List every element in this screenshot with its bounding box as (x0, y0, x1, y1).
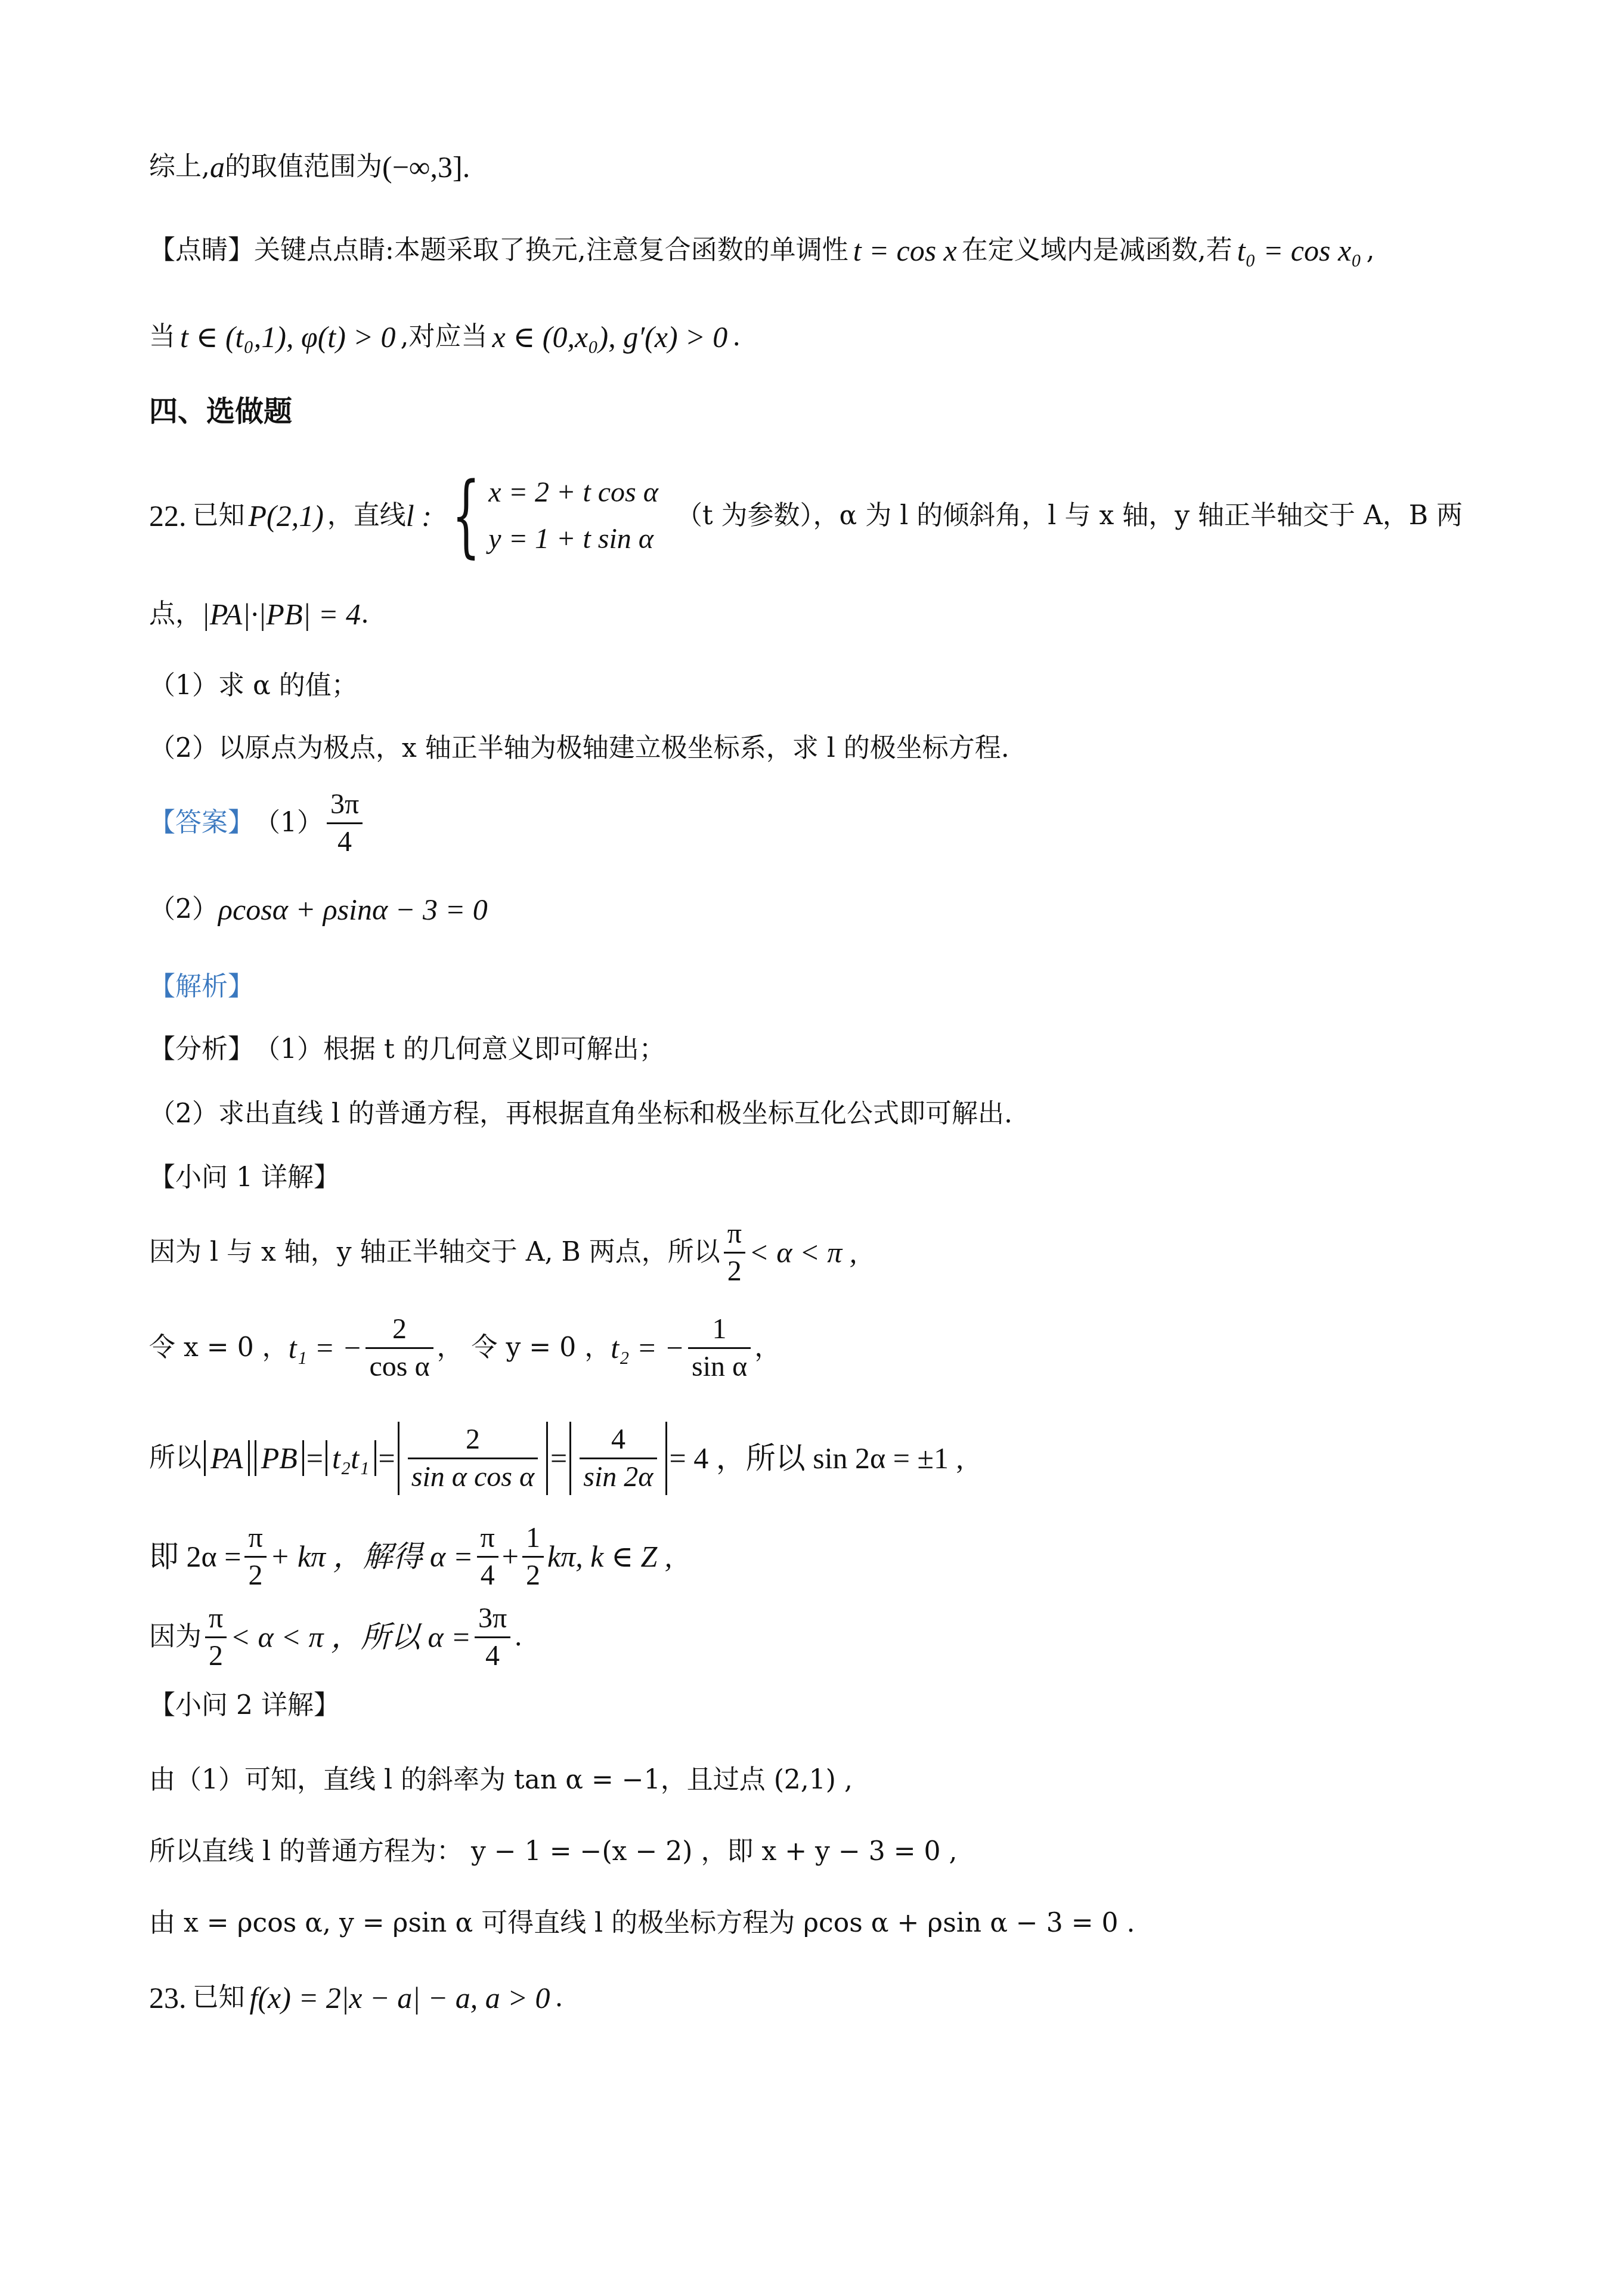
sub1-l3-a: 所以 (149, 1440, 202, 1476)
sub2-label: 【小问 2 详解】 (149, 1688, 340, 1723)
answer-part2-formula: ρcosα + ρsinα − 3 = 0 (218, 892, 488, 927)
analysis-label: 【解析】 (149, 969, 254, 1005)
equation-y: y = 1 + t sin α (488, 516, 658, 562)
sub2-line-3: 由 x = ρcos α, y = ρsin α 可得直线 l 的极坐标方程为 … (149, 1905, 1135, 1941)
sub2-line-2: 所以直线 l 的普通方程为： y − 1 = −(x − 2) ，即 x + y… (149, 1834, 958, 1870)
q22-text-2: ，直线 (327, 498, 406, 534)
sub1-l2-t1: t₁ = − (289, 1330, 363, 1366)
hint-formula-2: t₀ = cos x₀ (1237, 233, 1362, 268)
equation-x: x = 2 + t cos α (488, 469, 658, 516)
sub1-line-2: 令 x = 0 ， t₁ = − 2cos α ， 令 y = 0 ， t₂ =… (149, 1309, 780, 1387)
answer-line-1: 【答案】 （1） 3π 4 (149, 784, 366, 862)
sub1-l2-end: ， (754, 1330, 780, 1366)
q22-line-name: l : (406, 498, 432, 534)
sub1-line-3: 所以 PA PB = t₂t₁ = 2sin α cos α = 4sin 2α… (149, 1416, 964, 1500)
summary-mid: 的取值范围为 (225, 149, 382, 185)
answer-line-2: （2） ρcosα + ρsinα − 3 = 0 (149, 892, 488, 927)
q22-line-1: 22. 已知 P(2,1) ，直线 l : { x = 2 + t cos α … (149, 477, 1463, 555)
answer-part1-fraction: 3π 4 (327, 787, 363, 860)
sub1-line-1: 因为 l 与 x 轴，y 轴正半轴交于 A, B 两点，所以 π2 < α < … (149, 1214, 857, 1291)
abs-frac-1: 2sin α cos α (398, 1422, 548, 1495)
hint-text-3: , (1367, 233, 1375, 268)
hint-text-2: 在定义域内是减函数,若 (962, 233, 1232, 268)
sub2-line-1: 由（1）可知，直线 l 的斜率为 tan α = −1，且过点 (2,1) , (149, 1762, 853, 1798)
hint-line2-end: . (732, 319, 741, 355)
q22-line-2: 点， |PA|·|PB| = 4 . (149, 596, 369, 632)
hint-text-1: 关键点点睛:本题采取了换元,注意复合函数的单调性 (254, 233, 848, 268)
q22-line2-text: 点， (149, 596, 202, 632)
sub1-l4-b: + kπ ，解得 α = (270, 1539, 473, 1574)
q22-line2-formula: |PA|·|PB| = 4 (202, 596, 361, 632)
answer-part2-prefix: （2） (149, 892, 218, 927)
q23-text: 已知 (193, 1980, 245, 2016)
q22-text-1: 已知 (193, 498, 245, 534)
hint-line2-formula-2: x ∈ (0,x₀), g′(x) > 0 (493, 319, 728, 355)
sub1-l4-tail: kπ, k ∈ Z , (547, 1539, 672, 1574)
q23-number: 23. (149, 1980, 187, 2016)
hint-line2-mid: ,对应当 (401, 319, 488, 355)
sub1-l1-text: 因为 l 与 x 轴，y 轴正半轴交于 A, B 两点，所以 (149, 1234, 720, 1270)
sub1-l2-b: ， 令 y = 0 ， (437, 1330, 611, 1366)
sub1-line-4: 即 2α = π2 + kπ ，解得 α = π4 + 12 kπ, k ∈ Z… (149, 1518, 672, 1595)
summary-var: a (210, 149, 225, 185)
summary-prefix: 综上, (149, 149, 210, 185)
answer-part1-prefix: （1） (254, 805, 323, 841)
q22-sub1: （1）求 α 的值； (149, 668, 358, 704)
sub1-l3-tail: = 4 ，所以 sin 2α = ±1 , (670, 1440, 964, 1476)
brace-icon: { (452, 471, 481, 561)
fenxi-line-2: （2）求出直线 l 的普通方程，再根据直角坐标和极坐标互化公式即可解出. (149, 1096, 1012, 1132)
q22-line2-end: . (361, 596, 369, 632)
parametric-system: { x = 2 + t cos α y = 1 + t sin α (438, 469, 658, 562)
q23-line: 23. 已知 f(x) = 2|x − a| − a, a > 0 . (149, 1980, 563, 2016)
sub1-label: 【小问 1 详解】 (149, 1160, 340, 1196)
abs-t2t1: t₂t₁ (326, 1440, 376, 1476)
abs-frac-2: 4sin 2α (569, 1422, 667, 1495)
fenxi-line-1: 【分析】 （1）根据 t 的几何意义即可解出； (149, 1032, 665, 1067)
sub1-l5-b: < α < π ，所以 α = (230, 1619, 471, 1655)
sub1-line-5: 因为 π2 < α < π ，所以 α = 3π4 . (149, 1598, 522, 1676)
sub1-l2-t2: t₂ = − (611, 1330, 684, 1366)
answer-label: 【答案】 (149, 805, 254, 841)
hint-line-2: 当 t ∈ (t₀,1), φ(t) > 0 ,对应当 x ∈ (0,x₀), … (149, 319, 741, 355)
sub1-l1-tail: < α < π , (749, 1234, 857, 1270)
q22-sub2: （2）以原点为极点，x 轴正半轴为极轴建立极坐标系，求 l 的极坐标方程. (149, 731, 1009, 766)
q23-end: . (555, 1980, 563, 2016)
hint-label: 【点睛】 (149, 233, 254, 268)
sub1-l5-a: 因为 (149, 1619, 202, 1655)
hint-line2-prefix: 当 (149, 319, 175, 355)
hint-formula-1: t = cos x (853, 233, 957, 268)
fenxi-text-1: （1）根据 t 的几何意义即可解出； (254, 1032, 665, 1067)
hint-line2-formula-1: t ∈ (t₀,1), φ(t) > 0 (180, 319, 396, 355)
sub1-l2-a: 令 x = 0 ， (149, 1330, 289, 1366)
abs-pa: PA (204, 1440, 250, 1476)
summary-line: 综上, a 的取值范围为 (−∞,3]. (149, 149, 470, 185)
hint-line-1: 【点睛】 关键点点睛:本题采取了换元,注意复合函数的单调性 t = cos x … (149, 233, 1375, 268)
sub1-l4-a: 即 2α = (149, 1539, 241, 1574)
q23-formula: f(x) = 2|x − a| − a, a > 0 (250, 1980, 550, 2016)
q22-number: 22. (149, 498, 187, 534)
summary-range: (−∞,3]. (382, 149, 470, 185)
q22-point: P(2,1) (249, 498, 324, 534)
q22-text-3: （t 为参数），α 为 l 的倾斜角，l 与 x 轴，y 轴正半轴交于 A，B … (676, 498, 1463, 534)
abs-pb: PB (255, 1440, 304, 1476)
section-title: 四、选做题 (149, 394, 292, 429)
fenxi-label: 【分析】 (149, 1032, 254, 1067)
